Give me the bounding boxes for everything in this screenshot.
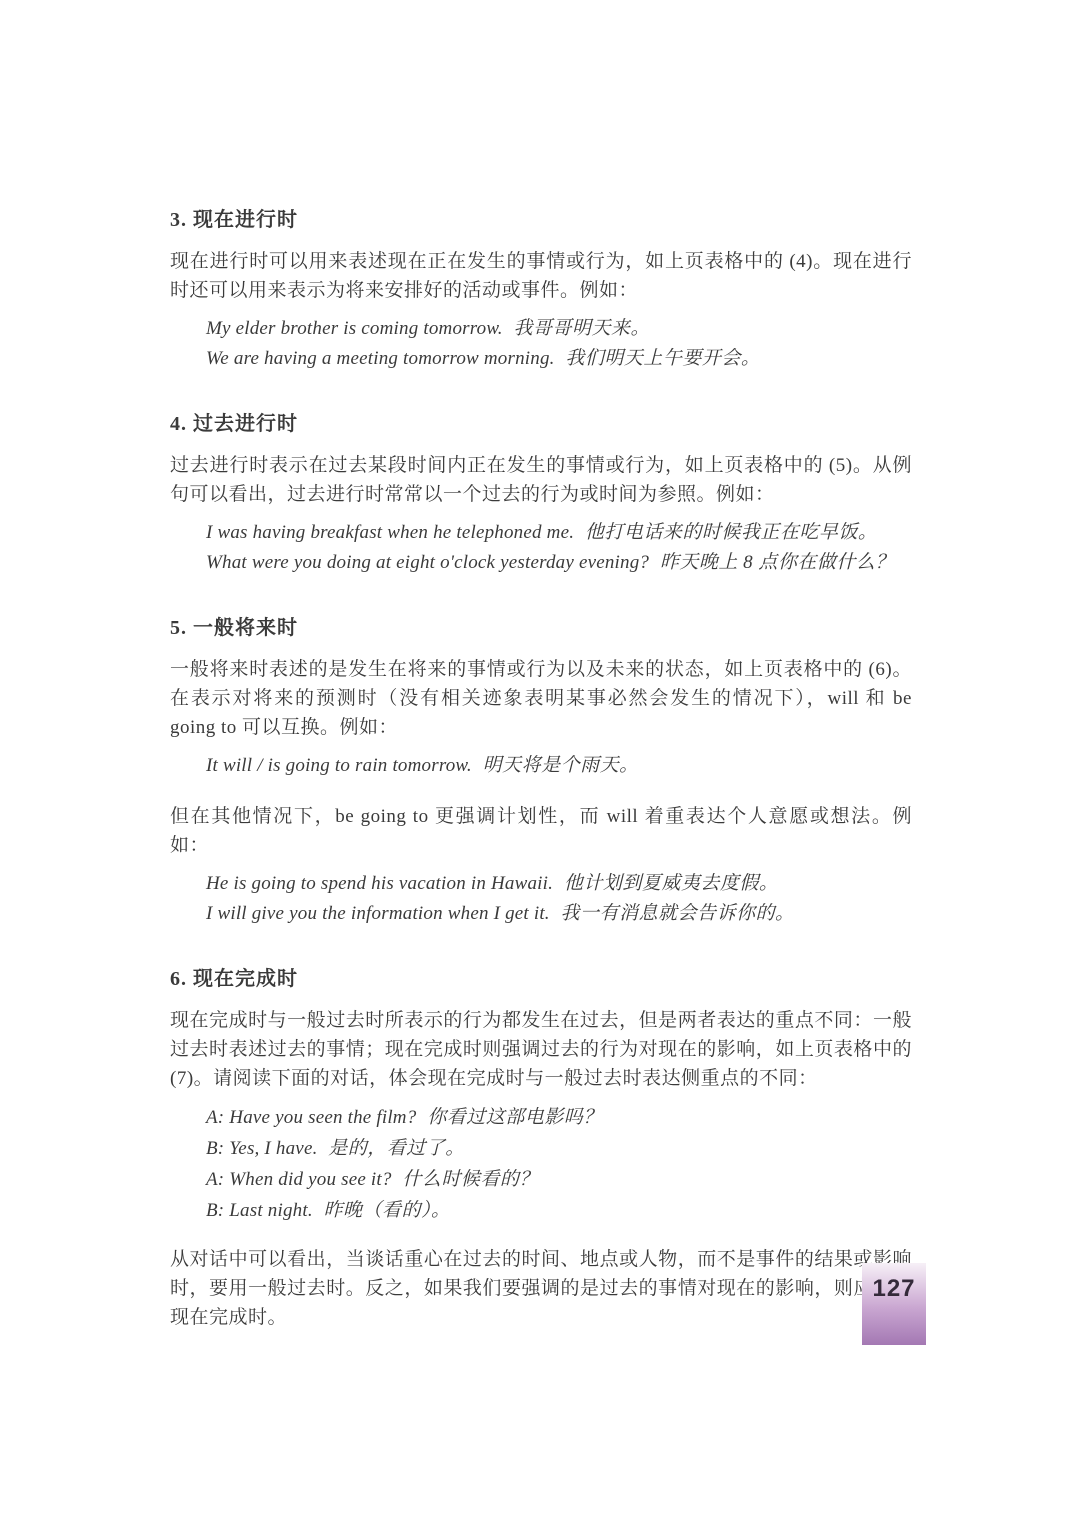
dialogue-line: B: Yes, I have. 是的，看过了。 bbox=[170, 1133, 912, 1164]
example-list: I was having breakfast when he telephone… bbox=[170, 518, 912, 578]
section-paragraph: 但在其他情况下，be going to 更强调计划性，而 will 着重表达个人… bbox=[170, 802, 912, 860]
dialogue-english: B: Last night. bbox=[206, 1200, 313, 1221]
example-english: I will give you the information when I g… bbox=[206, 903, 550, 924]
section-paragraph: 现在进行时可以用来表述现在正在发生的事情或行为，如上页表格中的 (4)。现在进行… bbox=[170, 247, 912, 305]
example-sentence: I will give you the information when I g… bbox=[170, 899, 912, 929]
example-translation: 我一有消息就会告诉你的。 bbox=[561, 903, 795, 924]
dialogue-english: A: Have you seen the film? bbox=[206, 1107, 416, 1128]
example-list: It will / is going to rain tomorrow. 明天将… bbox=[170, 751, 912, 781]
dialogue-line: A: Have you seen the film? 你看过这部电影吗？ bbox=[170, 1102, 912, 1133]
section-paragraph: 从对话中可以看出，当谈话重心在过去的时间、地点或人物，而不是事件的结果或影响时，… bbox=[170, 1245, 912, 1332]
example-english: It will / is going to rain tomorrow. bbox=[206, 755, 472, 776]
dialogue-translation: 你看过这部电影吗？ bbox=[427, 1107, 603, 1128]
section-present-progressive: 3. 现在进行时 现在进行时可以用来表述现在正在发生的事情或行为，如上页表格中的… bbox=[170, 203, 912, 374]
example-translation: 他计划到夏威夷去度假。 bbox=[564, 873, 779, 894]
example-list: He is going to spend his vacation in Haw… bbox=[170, 869, 912, 929]
section-heading: 3. 现在进行时 bbox=[170, 203, 912, 232]
example-translation: 我们明天上午要开会。 bbox=[565, 348, 760, 369]
page-number: 127 bbox=[872, 1275, 915, 1303]
example-sentence: It will / is going to rain tomorrow. 明天将… bbox=[170, 751, 912, 781]
example-translation: 明天将是个雨天。 bbox=[483, 755, 639, 776]
example-sentence: He is going to spend his vacation in Haw… bbox=[170, 869, 912, 899]
example-english: What were you doing at eight o'clock yes… bbox=[206, 552, 649, 573]
example-translation: 昨天晚上 8 点你在做什么？ bbox=[660, 552, 895, 573]
page-number-badge: 127 bbox=[862, 1263, 926, 1345]
example-sentence: I was having breakfast when he telephone… bbox=[170, 518, 912, 548]
section-heading: 4. 过去进行时 bbox=[170, 407, 912, 436]
section-simple-future: 5. 一般将来时 一般将来时表述的是发生在将来的事情或行为以及未来的状态，如上页… bbox=[170, 611, 912, 929]
dialogue-translation: 什么时候看的？ bbox=[402, 1169, 539, 1190]
dialogue-translation: 是的，看过了。 bbox=[328, 1138, 465, 1159]
dialogue: A: Have you seen the film? 你看过这部电影吗？ B: … bbox=[170, 1102, 912, 1226]
section-present-perfect: 6. 现在完成时 现在完成时与一般过去时所表示的行为都发生在过去，但是两者表达的… bbox=[170, 962, 912, 1332]
page-content: 3. 现在进行时 现在进行时可以用来表述现在正在发生的事情或行为，如上页表格中的… bbox=[170, 203, 912, 1332]
section-heading: 6. 现在完成时 bbox=[170, 962, 912, 991]
example-sentence: My elder brother is coming tomorrow. 我哥哥… bbox=[170, 314, 912, 344]
dialogue-translation: 昨晚（看的）。 bbox=[324, 1200, 451, 1221]
section-heading: 5. 一般将来时 bbox=[170, 611, 912, 640]
example-translation: 我哥哥明天来。 bbox=[514, 318, 651, 339]
example-english: My elder brother is coming tomorrow. bbox=[206, 318, 503, 339]
section-paragraph: 现在完成时与一般过去时所表示的行为都发生在过去，但是两者表达的重点不同：一般过去… bbox=[170, 1006, 912, 1093]
dialogue-english: B: Yes, I have. bbox=[206, 1138, 318, 1159]
dialogue-line: B: Last night. 昨晚（看的）。 bbox=[170, 1195, 912, 1226]
example-english: I was having breakfast when he telephone… bbox=[206, 522, 574, 543]
dialogue-english: A: When did you see it? bbox=[206, 1169, 392, 1190]
example-english: We are having a meeting tomorrow morning… bbox=[206, 348, 555, 369]
section-past-progressive: 4. 过去进行时 过去进行时表示在过去某段时间内正在发生的事情或行为，如上页表格… bbox=[170, 407, 912, 578]
dialogue-line: A: When did you see it? 什么时候看的？ bbox=[170, 1164, 912, 1195]
example-list: My elder brother is coming tomorrow. 我哥哥… bbox=[170, 314, 912, 374]
example-sentence: What were you doing at eight o'clock yes… bbox=[170, 548, 912, 578]
example-translation: 他打电话来的时候我正在吃早饭。 bbox=[585, 522, 878, 543]
section-paragraph: 过去进行时表示在过去某段时间内正在发生的事情或行为，如上页表格中的 (5)。从例… bbox=[170, 451, 912, 509]
example-sentence: We are having a meeting tomorrow morning… bbox=[170, 344, 912, 374]
section-paragraph: 一般将来时表述的是发生在将来的事情或行为以及未来的状态，如上页表格中的 (6)。… bbox=[170, 655, 912, 742]
example-english: He is going to spend his vacation in Haw… bbox=[206, 873, 553, 894]
